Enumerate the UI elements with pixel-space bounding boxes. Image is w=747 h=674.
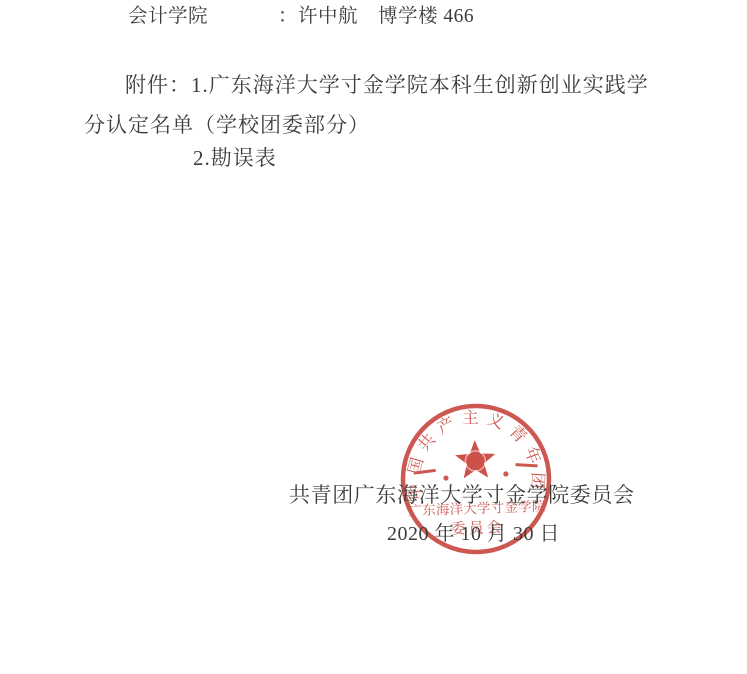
signature-organization: 共青团广东海洋大学寸金学院委员会 <box>289 481 635 509</box>
attachment-line-3: 2.勘误表 <box>193 144 277 172</box>
attachment-line-1: 附件：1.广东海洋大学寸金学院本科生创新创业实践学 <box>125 71 649 99</box>
signature-date: 2020 年 10 月 30 日 <box>387 520 560 548</box>
seal-left-dot-icon <box>443 475 448 480</box>
contact-info: ：许中航 博学楼 466 <box>278 3 474 31</box>
contact-department: 会计学院 <box>128 3 208 31</box>
seal-right-dot-icon <box>503 471 508 476</box>
attachment-line-2: 分认定名单（学校团委部分） <box>84 111 370 139</box>
seal-right-dash-icon <box>516 464 538 467</box>
document-page: 会计学院 ：许中航 博学楼 466 附件：1.广东海洋大学寸金学院本科生创新创业… <box>0 0 747 674</box>
star-icon <box>455 439 496 478</box>
